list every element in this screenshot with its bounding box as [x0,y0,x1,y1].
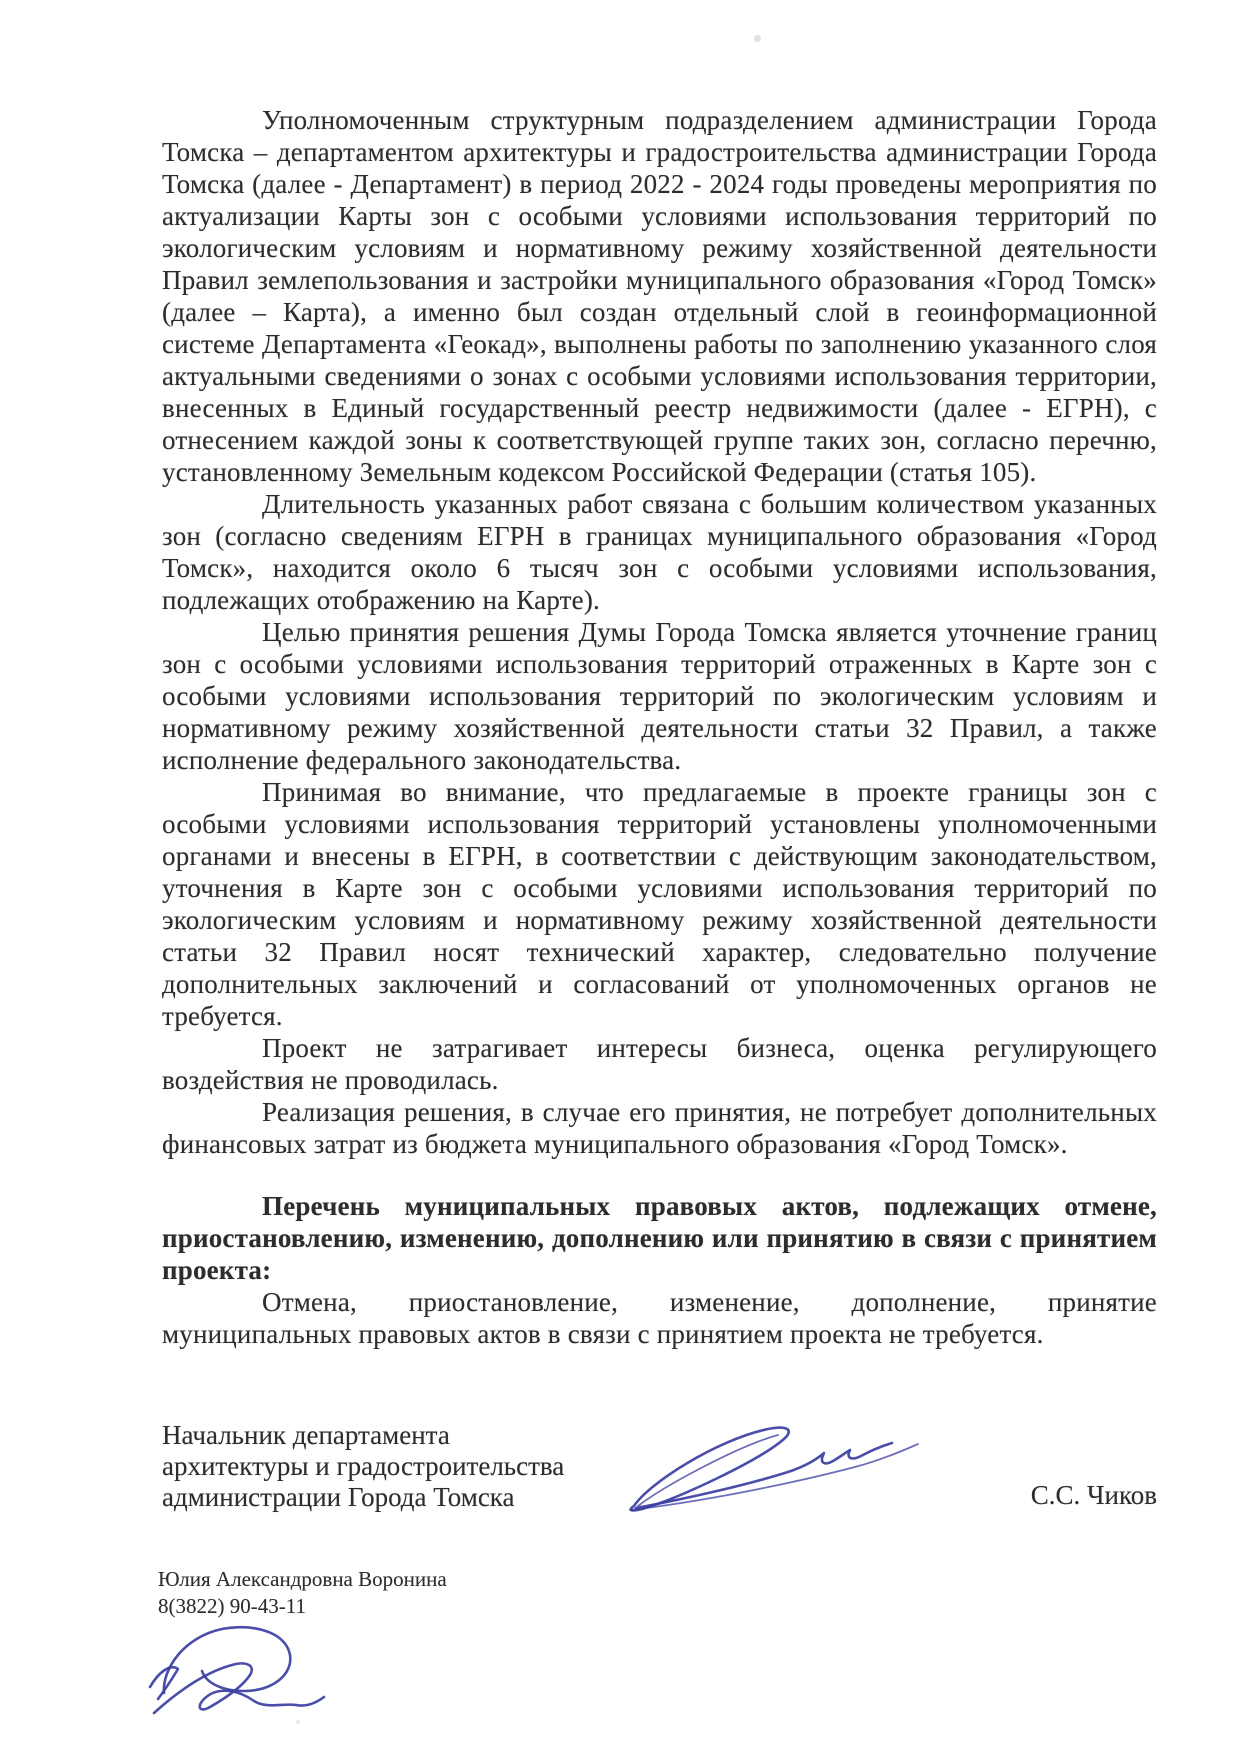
signer-name: С.С. Чиков [1031,1480,1157,1513]
paragraph-decision-goal: Целью принятия решения Думы Города Томск… [162,616,1157,776]
list-section-heading: Перечень муниципальных правовых актов, п… [162,1190,1157,1286]
signer-position: Начальник департамента архитектуры и гра… [162,1420,602,1513]
paragraph-budget-impact: Реализация решения, в случае его приняти… [162,1096,1157,1160]
voronina-signature-icon [144,1621,339,1726]
executor-phone: 8(3822) 90-43-11 [158,1593,447,1620]
paragraph-business-impact: Проект не затрагивает интересы бизнеса, … [162,1032,1157,1096]
signer-position-line: администрации Города Томска [162,1482,602,1513]
executor-block: Юлия Александровна Воронина 8(3822) 90-4… [158,1566,447,1733]
executor-name: Юлия Александровна Воронина [158,1566,447,1593]
list-section-body: Отмена, приостановление, изменение, допо… [162,1286,1157,1350]
paragraph-work-duration: Длительность указанных работ связана с б… [162,488,1157,616]
signature-block: Начальник департамента архитектуры и гра… [162,1420,1157,1513]
scanned-letter-page: Уполномоченным структурным подразделение… [0,0,1240,1753]
signer-position-line: Начальник департамента [162,1420,602,1451]
scan-artifact-dot [754,35,761,42]
paragraph-authorized-division: Уполномоченным структурным подразделение… [162,104,1157,488]
letter-body: Уполномоченным структурным подразделение… [162,104,1157,1513]
chikov-signature-icon [620,1422,920,1512]
paragraph-technical-nature: Принимая во внимание, что предлагаемые в… [162,776,1157,1032]
signer-position-line: архитектуры и градостроительства [162,1451,602,1482]
